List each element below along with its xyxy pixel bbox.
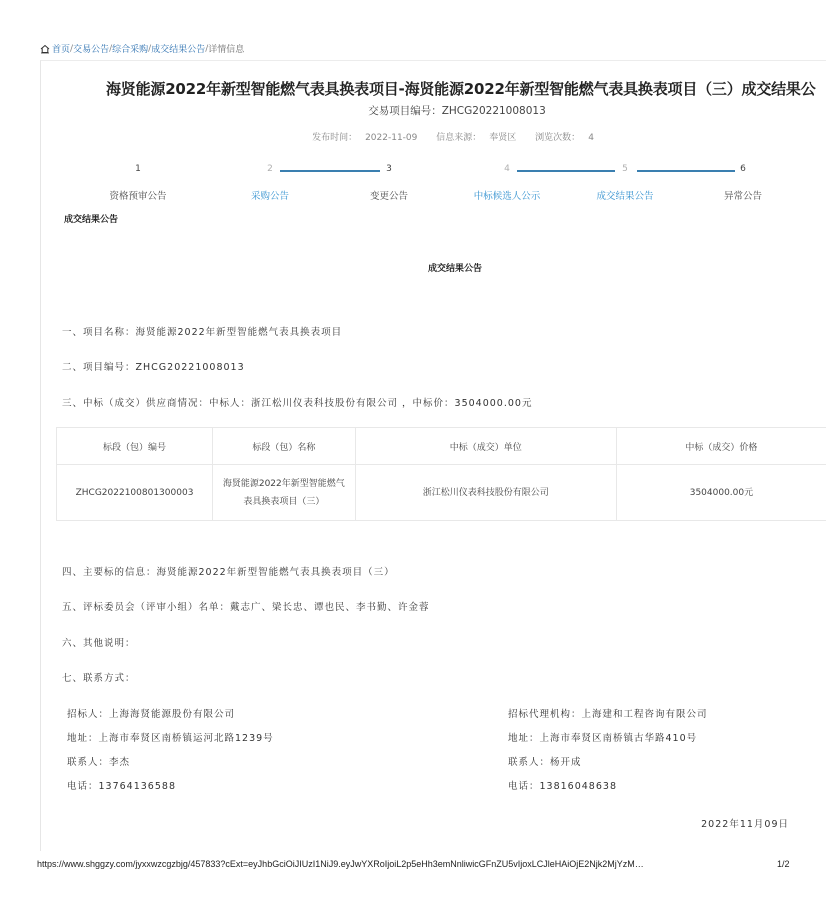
step-number: 4: [497, 164, 517, 174]
step-prequalification[interactable]: 资格预审公告: [88, 188, 188, 202]
project-code: 二、项目编号：ZHCG20221008013: [62, 359, 245, 373]
cell-lot-number: ZHCG2022100801300003: [57, 465, 213, 521]
print-footer-url: https://www.shggzy.com/jyxxwzcgzbjg/4578…: [37, 859, 644, 869]
project-number-label: 交易项目编号：: [368, 105, 442, 117]
notice-date: 2022年11月09日: [701, 816, 789, 830]
step-result-notice[interactable]: 成交结果公告: [575, 188, 675, 202]
committee-list: 五、评标委员会（评审小组）名单：戴志广、梁长忠、谭也民、李书勤、许金蓉: [62, 599, 430, 613]
home-icon[interactable]: [40, 44, 50, 54]
project-number: 交易项目编号：ZHCG20221008013: [0, 103, 826, 118]
col-lot-number: 标段（包）编号: [57, 428, 213, 465]
publish-time-label: 发布时间：: [312, 133, 357, 143]
cell-winning-unit: 浙江松川仪表科技股份有限公司: [355, 465, 616, 521]
step-connector: [637, 170, 735, 172]
publish-time-value: 2022-11-09: [365, 133, 417, 143]
col-winning-unit: 中标（成交）单位: [355, 428, 616, 465]
publish-time: 发布时间：2022-11-09: [308, 133, 421, 143]
contact-heading: 七、联系方式：: [62, 670, 136, 684]
process-steps: 1 2 3 4 5 6 资格预审公告 采购公告 变更公告 中标候选人公示 成交结…: [40, 160, 820, 210]
page-title: 海贤能源2022年新型智能燃气表具换表项目-海贤能源2022年新型智能燃气表具换…: [106, 78, 816, 99]
document-title: 成交结果公告: [0, 261, 826, 274]
print-page-number: 1/2: [777, 859, 790, 869]
cell-winning-price: 3504000.00元: [616, 465, 826, 521]
info-source-label: 信息来源：: [436, 133, 481, 143]
step-connector: [517, 170, 615, 172]
tenderer-contact: 联系人：李杰: [67, 754, 130, 768]
step-number: 5: [615, 164, 635, 174]
breadcrumb-trade-notices[interactable]: 交易公告: [73, 42, 109, 55]
agency-phone: 电话：13816048638: [508, 778, 617, 792]
tenderer-phone: 电话：13764136588: [67, 778, 176, 792]
cell-lot-name: 海贤能源2022年新型智能燃气表具换表项目（三）: [213, 465, 356, 521]
project-number-value: ZHCG20221008013: [442, 105, 546, 117]
meta-info: 发布时间：2022-11-09 信息来源：奉贤区 浏览次数：4: [0, 130, 826, 143]
step-number: 3: [379, 164, 399, 174]
section-heading: 成交结果公告: [64, 212, 118, 225]
agency-contact: 联系人：杨开成: [508, 754, 582, 768]
step-candidate-publicity[interactable]: 中标候选人公示: [457, 188, 557, 202]
step-connector: [280, 170, 380, 172]
view-count: 浏览次数：4: [531, 133, 598, 143]
breadcrumb-result-notices[interactable]: 成交结果公告: [151, 42, 205, 55]
col-lot-name: 标段（包）名称: [213, 428, 356, 465]
agency-org: 招标代理机构：上海建和工程咨询有限公司: [508, 706, 708, 720]
step-change-notice[interactable]: 变更公告: [339, 188, 439, 202]
table-header-row: 标段（包）编号 标段（包）名称 中标（成交）单位 中标（成交）价格: [57, 428, 826, 465]
breadcrumb-comprehensive-procurement[interactable]: 综合采购: [112, 42, 148, 55]
info-source: 信息来源：奉贤区: [432, 133, 520, 143]
step-number: 6: [733, 164, 753, 174]
agency-address: 地址：上海市奉贤区南桥镇古华路410号: [508, 730, 697, 744]
other-notes: 六、其他说明：: [62, 635, 136, 649]
col-winning-price: 中标（成交）价格: [616, 428, 826, 465]
main-subject: 四、主要标的信息：海贤能源2022年新型智能燃气表具换表项目（三）: [62, 564, 395, 578]
step-exception-notice[interactable]: 异常公告: [693, 188, 793, 202]
tenderer-org: 招标人：上海海贤能源股份有限公司: [67, 706, 235, 720]
info-source-value: 奉贤区: [489, 133, 516, 143]
step-procurement-notice[interactable]: 采购公告: [220, 188, 320, 202]
tenderer-address: 地址：上海市奉贤区南桥镇运河北路1239号: [67, 730, 274, 744]
winning-supplier: 三、中标（成交）供应商情况：中标人：浙江松川仪表科技股份有限公司 ，中标价：35…: [62, 395, 532, 409]
breadcrumb: 首页/ 交易公告/ 综合采购/ 成交结果公告/详情信息: [40, 42, 244, 55]
project-name: 一、项目名称：海贤能源2022年新型智能燃气表具换表项目: [62, 324, 342, 338]
view-count-label: 浏览次数：: [535, 133, 580, 143]
view-count-value: 4: [588, 133, 594, 143]
breadcrumb-home[interactable]: 首页: [52, 42, 70, 55]
step-number: 1: [128, 164, 148, 174]
breadcrumb-current: 详情信息: [208, 42, 244, 55]
step-number: 2: [260, 164, 280, 174]
table-row: ZHCG2022100801300003 海贤能源2022年新型智能燃气表具换表…: [57, 465, 826, 521]
result-table: 标段（包）编号 标段（包）名称 中标（成交）单位 中标（成交）价格 ZHCG20…: [56, 427, 826, 521]
